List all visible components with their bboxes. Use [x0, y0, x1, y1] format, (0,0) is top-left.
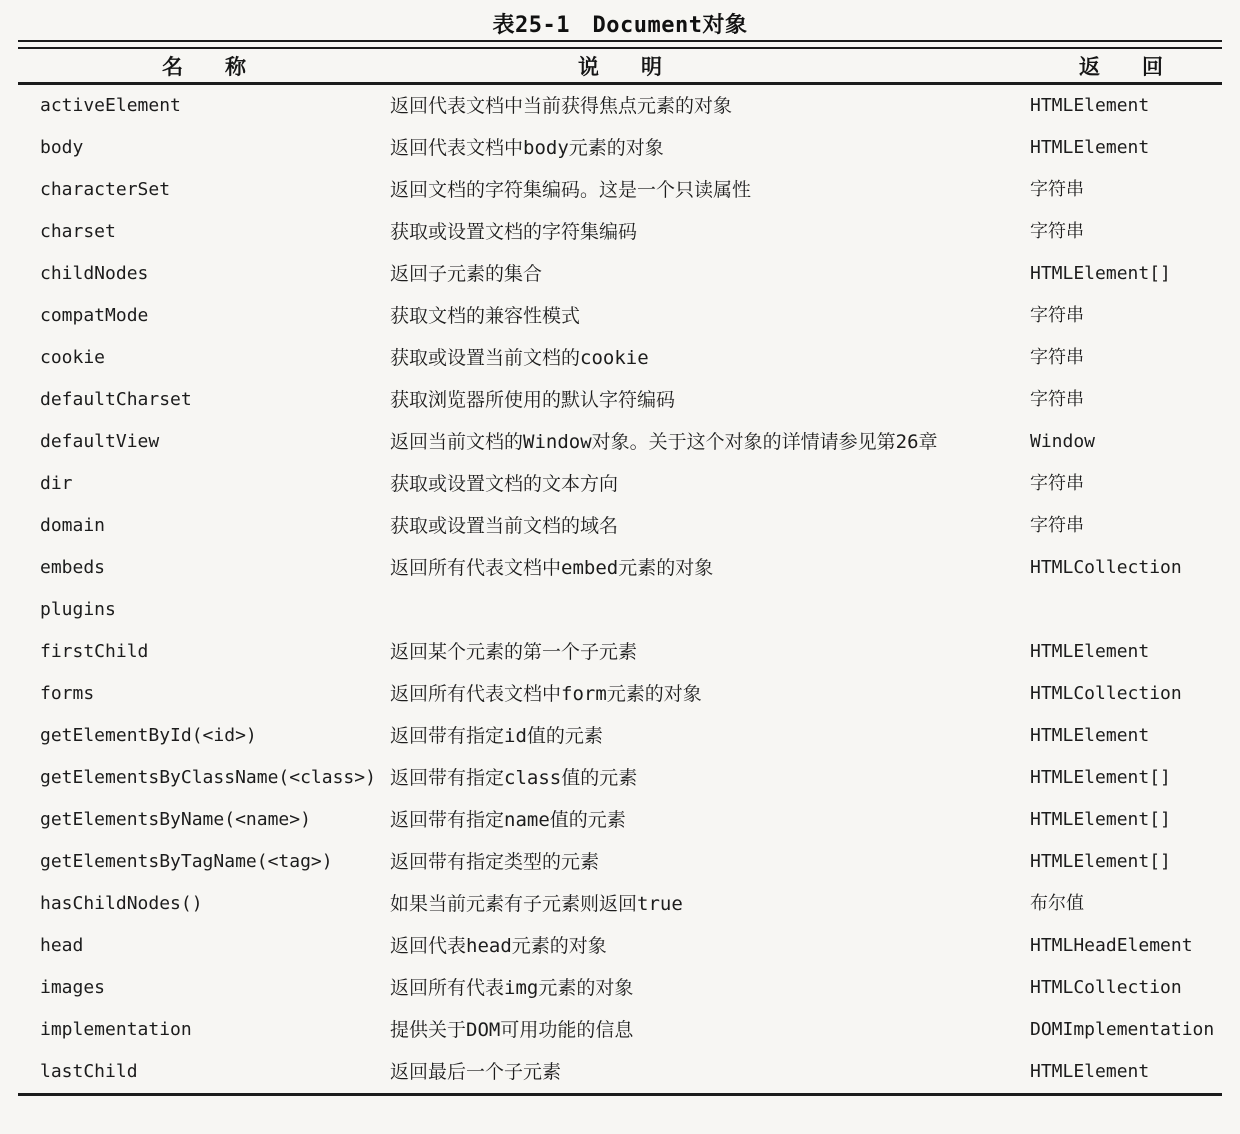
- description-cell: 返回子元素的集合: [390, 253, 1030, 295]
- property-name-cell: charset: [18, 211, 390, 253]
- return-type-cell: HTMLElement: [1030, 127, 1222, 169]
- property-name-cell: lastChild: [18, 1051, 390, 1093]
- description-cell: 获取或设置当前文档的域名: [390, 505, 1030, 547]
- table-row: hasChildNodes() 如果当前元素有子元素则返回true 布尔值: [18, 883, 1222, 925]
- property-name-cell: getElementsByClassName(<class>): [18, 757, 390, 799]
- property-name-cell: childNodes: [18, 253, 390, 295]
- return-type-cell: HTMLElement: [1030, 631, 1222, 673]
- return-type-cell: Window: [1030, 421, 1222, 463]
- description-cell: 返回代表文档中body元素的对象: [390, 127, 1030, 169]
- property-name-cell: implementation: [18, 1009, 390, 1051]
- table-body: activeElement 返回代表文档中当前获得焦点元素的对象 HTMLEle…: [18, 85, 1222, 1093]
- property-name-cell: getElementsByName(<name>): [18, 799, 390, 841]
- description-cell: 获取或设置文档的文本方向: [390, 463, 1030, 505]
- return-type-cell: 字符串: [1030, 211, 1222, 253]
- table-title: 表25-1 Document对象: [0, 0, 1240, 38]
- property-name-cell: firstChild: [18, 631, 390, 673]
- description-cell: 返回代表文档中当前获得焦点元素的对象: [390, 85, 1030, 127]
- table-row: body 返回代表文档中body元素的对象 HTMLElement: [18, 127, 1222, 169]
- description-cell: 返回带有指定class值的元素: [390, 757, 1030, 799]
- return-type-cell: 字符串: [1030, 337, 1222, 379]
- return-type-cell: 字符串: [1030, 295, 1222, 337]
- table-row: getElementById(<id>) 返回带有指定id值的元素 HTMLEl…: [18, 715, 1222, 757]
- return-type-cell: HTMLCollection: [1030, 547, 1222, 589]
- return-type-cell: HTMLElement[]: [1030, 253, 1222, 295]
- table-row: characterSet 返回文档的字符集编码。这是一个只读属性 字符串: [18, 169, 1222, 211]
- return-type-cell: 字符串: [1030, 505, 1222, 547]
- table-row: compatMode 获取文档的兼容性模式 字符串: [18, 295, 1222, 337]
- description-cell: 返回代表head元素的对象: [390, 925, 1030, 967]
- table-row: head 返回代表head元素的对象 HTMLHeadElement: [18, 925, 1222, 967]
- column-header-name: 名 称: [18, 51, 390, 81]
- table-row: defaultView 返回当前文档的Window对象。关于这个对象的详情请参见…: [18, 421, 1222, 463]
- table-top-rule: [18, 40, 1222, 49]
- table-row: childNodes 返回子元素的集合 HTMLElement[]: [18, 253, 1222, 295]
- property-name-cell: embeds plugins: [18, 547, 390, 631]
- table-row: forms 返回所有代表文档中form元素的对象 HTMLCollection: [18, 673, 1222, 715]
- property-name-cell: defaultCharset: [18, 379, 390, 421]
- property-name-cell: cookie: [18, 337, 390, 379]
- return-type-cell: DOMImplementation: [1030, 1009, 1222, 1051]
- property-name-cell: images: [18, 967, 390, 1009]
- return-type-cell: HTMLCollection: [1030, 673, 1222, 715]
- description-cell: 返回所有代表文档中embed元素的对象: [390, 547, 1030, 589]
- table-row: dir 获取或设置文档的文本方向 字符串: [18, 463, 1222, 505]
- table-row: getElementsByClassName(<class>) 返回带有指定cl…: [18, 757, 1222, 799]
- return-type-cell: 字符串: [1030, 379, 1222, 421]
- table-row: embeds plugins 返回所有代表文档中embed元素的对象 HTMLC…: [18, 547, 1222, 631]
- return-type-cell: 字符串: [1030, 169, 1222, 211]
- description-cell: 返回某个元素的第一个子元素: [390, 631, 1030, 673]
- description-cell: 返回带有指定类型的元素: [390, 841, 1030, 883]
- return-type-cell: HTMLElement: [1030, 715, 1222, 757]
- column-header-description: 说 明: [390, 51, 1030, 81]
- table-row: implementation 提供关于DOM可用功能的信息 DOMImpleme…: [18, 1009, 1222, 1051]
- table-row: images 返回所有代表img元素的对象 HTMLCollection: [18, 967, 1222, 1009]
- description-cell: 返回当前文档的Window对象。关于这个对象的详情请参见第26章: [390, 421, 1030, 463]
- table-row: domain 获取或设置当前文档的域名 字符串: [18, 505, 1222, 547]
- property-name-cell: compatMode: [18, 295, 390, 337]
- description-cell: 获取文档的兼容性模式: [390, 295, 1030, 337]
- description-cell: 获取或设置文档的字符集编码: [390, 211, 1030, 253]
- property-name-cell: getElementsByTagName(<tag>): [18, 841, 390, 883]
- description-cell: 获取或设置当前文档的cookie: [390, 337, 1030, 379]
- description-cell: 返回文档的字符集编码。这是一个只读属性: [390, 169, 1030, 211]
- return-type-cell: HTMLElement[]: [1030, 799, 1222, 841]
- property-name-cell: hasChildNodes(): [18, 883, 390, 925]
- table-row: getElementsByTagName(<tag>) 返回带有指定类型的元素 …: [18, 841, 1222, 883]
- description-cell: 返回带有指定name值的元素: [390, 799, 1030, 841]
- property-name-cell: dir: [18, 463, 390, 505]
- property-name-cell: defaultView: [18, 421, 390, 463]
- table-row: getElementsByName(<name>) 返回带有指定name值的元素…: [18, 799, 1222, 841]
- document-object-table: 名 称 说 明 返 回 activeElement 返回代表文档中当前获得焦点元…: [18, 40, 1222, 1096]
- table-bottom-rule: [18, 1093, 1222, 1096]
- column-header-return: 返 回: [1030, 51, 1222, 81]
- description-cell: 返回所有代表文档中form元素的对象: [390, 673, 1030, 715]
- description-cell: 提供关于DOM可用功能的信息: [390, 1009, 1030, 1051]
- return-type-cell: 字符串: [1030, 463, 1222, 505]
- table-header-row: 名 称 说 明 返 回: [18, 49, 1222, 82]
- property-name-cell: forms: [18, 673, 390, 715]
- description-cell: 返回所有代表img元素的对象: [390, 967, 1030, 1009]
- return-type-cell: HTMLElement[]: [1030, 841, 1222, 883]
- property-name-cell: body: [18, 127, 390, 169]
- return-type-cell: HTMLCollection: [1030, 967, 1222, 1009]
- table-row: cookie 获取或设置当前文档的cookie 字符串: [18, 337, 1222, 379]
- table-row: lastChild 返回最后一个子元素 HTMLElement: [18, 1051, 1222, 1093]
- property-name-cell: head: [18, 925, 390, 967]
- property-name-cell: activeElement: [18, 85, 390, 127]
- description-cell: 获取浏览器所使用的默认字符编码: [390, 379, 1030, 421]
- return-type-cell: HTMLElement[]: [1030, 757, 1222, 799]
- table-row: charset 获取或设置文档的字符集编码 字符串: [18, 211, 1222, 253]
- return-type-cell: 布尔值: [1030, 883, 1222, 925]
- return-type-cell: HTMLHeadElement: [1030, 925, 1222, 967]
- book-page: 表25-1 Document对象 名 称 说 明 返 回 activeEleme…: [0, 0, 1240, 1134]
- return-type-cell: HTMLElement: [1030, 1051, 1222, 1093]
- description-cell: 返回最后一个子元素: [390, 1051, 1030, 1093]
- property-name-cell: domain: [18, 505, 390, 547]
- table-row: activeElement 返回代表文档中当前获得焦点元素的对象 HTMLEle…: [18, 85, 1222, 127]
- description-cell: 返回带有指定id值的元素: [390, 715, 1030, 757]
- description-cell: 如果当前元素有子元素则返回true: [390, 883, 1030, 925]
- table-row: firstChild 返回某个元素的第一个子元素 HTMLElement: [18, 631, 1222, 673]
- table-row: defaultCharset 获取浏览器所使用的默认字符编码 字符串: [18, 379, 1222, 421]
- return-type-cell: HTMLElement: [1030, 85, 1222, 127]
- property-name-cell: characterSet: [18, 169, 390, 211]
- property-name-cell: getElementById(<id>): [18, 715, 390, 757]
